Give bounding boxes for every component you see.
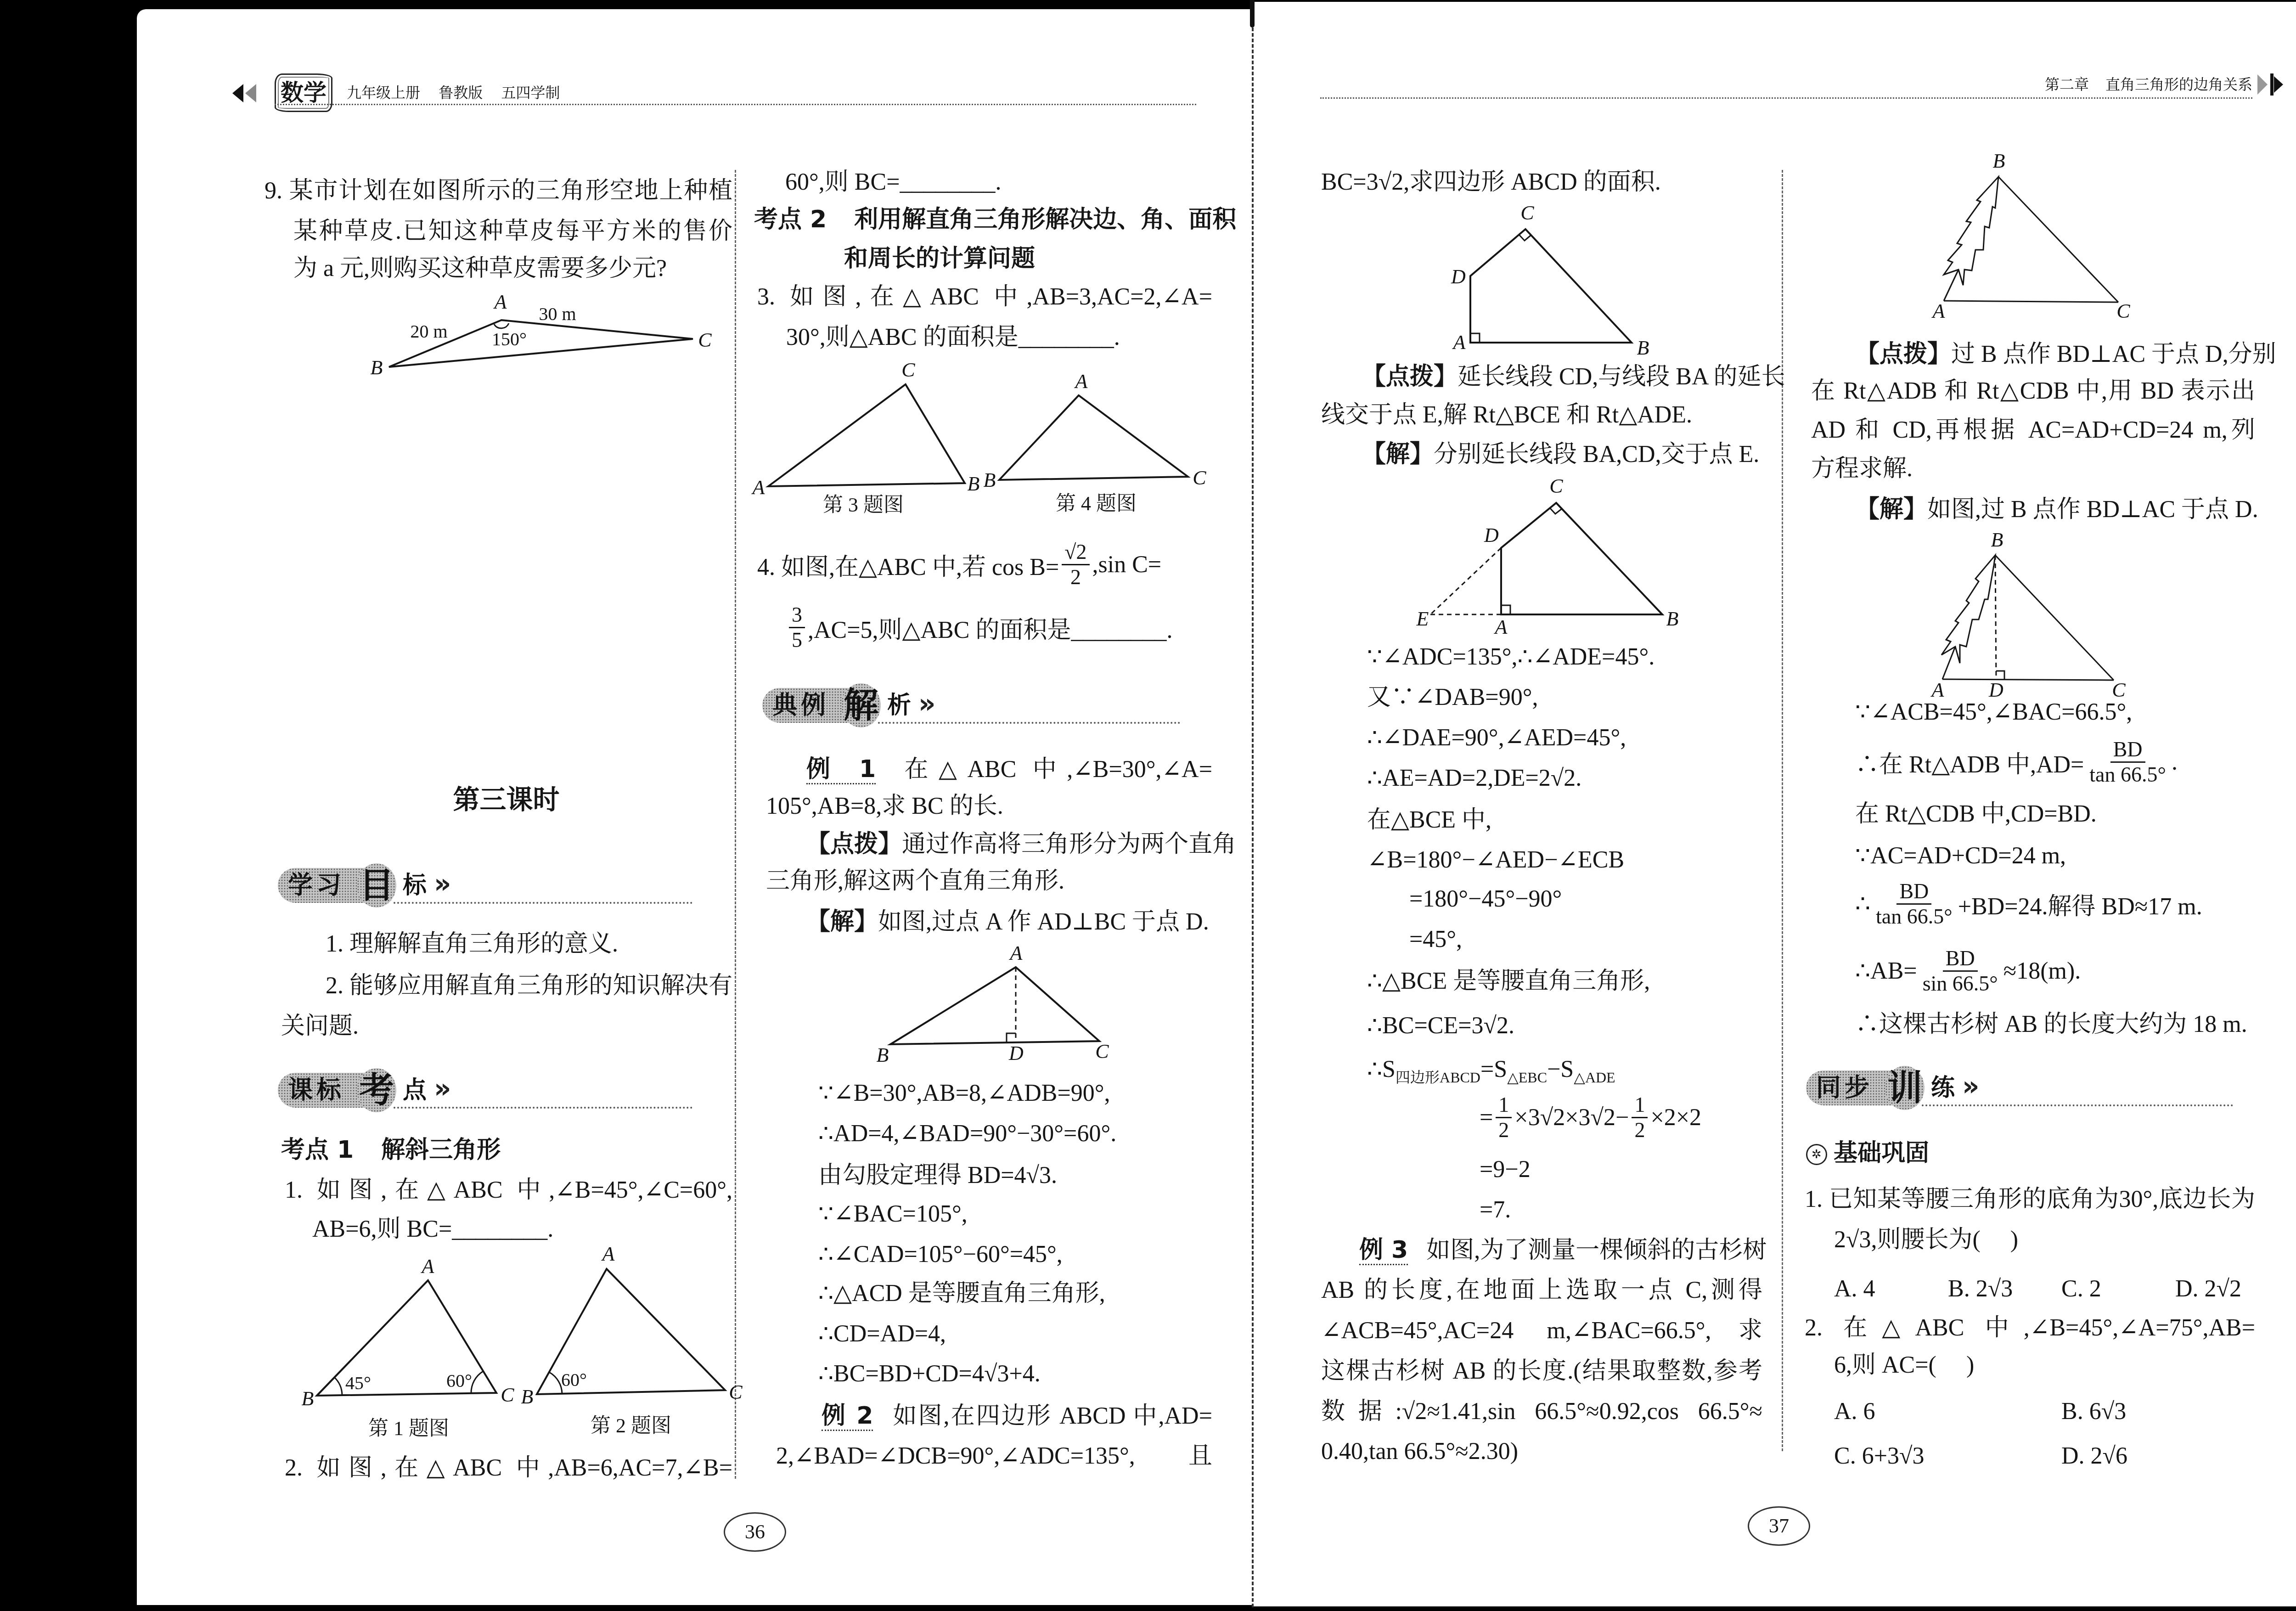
section-emblem: 解 <box>841 683 881 727</box>
system-label: 五四学制 <box>501 84 560 101</box>
text: 通过作高将三角形分为两个直角 <box>902 831 1236 857</box>
solution-label: 【解】 <box>1856 496 1927 523</box>
example-2-hint-line-2: 线交于点 E,解 Rt△BCE 和 Rt△ADE. <box>1321 401 1692 429</box>
section-header-practice: 同步 训 练 » <box>1806 1068 2233 1109</box>
denominator: 2 <box>1068 565 1084 589</box>
example-2-step: ∴△BCE 是等腰直角三角形, <box>1367 968 1650 995</box>
example-1-step: ∴BC=BD+CD=4√3+4. <box>818 1360 1041 1388</box>
double-left-arrow-icon <box>230 80 262 106</box>
text: ,sin C= <box>1092 551 1162 578</box>
section-label-left: 典例 <box>772 691 829 720</box>
text: 如图,过点 A 作 AD⊥BC 于点 D. <box>878 909 1209 935</box>
example-3-hint-line: AD 和 CD,再根据 AC=AD+CD=24 m,列 <box>1811 417 2255 444</box>
example-label: 例 1 <box>806 755 876 784</box>
circle-star-icon: ✲ <box>1806 1144 1827 1165</box>
example-2-line-3: BC=3√2,求四边形 ABCD 的面积. <box>1321 169 1661 196</box>
book-gutter <box>1252 0 1254 1607</box>
example-2-step: ∵∠ADC=135°,∴∠ADE=45°. <box>1367 643 1654 671</box>
example-1-step: ∴∠CAD=105°−60°=45°, <box>818 1241 1063 1268</box>
text: −S <box>1547 1056 1574 1082</box>
text: =S <box>1480 1056 1507 1082</box>
figure-2-caption: 第 2 题图 <box>571 1414 691 1438</box>
text: 4. 如图,在△ABC 中,若 cos B= <box>757 547 1059 582</box>
fraction: 12 <box>1632 1093 1648 1142</box>
text: ×3√2×3√2− <box>1514 1104 1629 1131</box>
subscript: △EBC <box>1507 1069 1547 1086</box>
example-1-hint-line-2: 三角形,解这两个直角三角形. <box>766 867 1064 895</box>
practice-question-1-line-2: 2√3,则腰长为( ) <box>1834 1226 2018 1254</box>
chapter-heading: 第二章直角三角形的边角关系 <box>2020 74 2252 95</box>
text: 如图,为了测量一棵倾斜的古杉树 <box>1426 1237 1767 1263</box>
page-number-left: 36 <box>724 1512 786 1552</box>
text: = <box>1480 1104 1493 1131</box>
example-3-line: AB 的长度,在地面上选取一点 C,测得 <box>1321 1277 1762 1304</box>
text: . <box>2172 749 2178 776</box>
example-2-area-formula: ∴S四边形ABCD=S△EBC−S△ADE <box>1367 1056 1615 1083</box>
example-2-line-2: 2,∠BAD=∠DCB=90°,∠ADC=135°,且 <box>776 1442 1212 1470</box>
example-2-step: =45°, <box>1409 926 1462 953</box>
figure-1-caption: 第 1 题图 <box>349 1416 468 1441</box>
example-3-step: ∴AB= BDsin 66.5° ≈18(m). <box>1855 943 2081 998</box>
goal-item-2-cont: 关问题. <box>281 1013 359 1040</box>
option-a: A. 4 <box>1834 1275 1875 1303</box>
numerator: BD <box>1943 946 1978 972</box>
text: 过 B 点作 BD⊥AC 于点 D,分别 <box>1951 341 2276 367</box>
subscript: △ADE <box>1574 1069 1615 1086</box>
basic-consolidation-heading: ✲基础巩固 <box>1806 1139 1929 1167</box>
text: ×2×2 <box>1650 1104 1701 1131</box>
kaodian-title: 解斜三角形 <box>381 1136 501 1164</box>
text: 如图,过 B 点作 BD⊥AC 于点 D. <box>1927 496 2258 523</box>
text: ∴在 Rt△ADB 中,AD= <box>1855 745 2084 779</box>
header-rule-right <box>1320 97 2252 99</box>
text: 如图,在四边形 ABCD 中,AD= <box>891 1403 1212 1429</box>
section-label-left: 同步 <box>1816 1073 1873 1103</box>
example-1-step: ∵∠B=30°,AB=8,∠ADB=90°, <box>818 1080 1110 1107</box>
section-header-learning-goals: 学习 目 标 » <box>278 865 692 907</box>
option-c: C. 2 <box>2061 1275 2101 1303</box>
fraction: BDtan 66.5° <box>2087 738 2169 787</box>
example-3-line: 这棵古杉树 AB 的长度.(结果取整数,参考 <box>1321 1358 1762 1385</box>
page-number-right: 37 <box>1748 1506 1810 1546</box>
practice-question-1-line-1: 1. 已知某等腰三角形的底角为30°,底边长为 <box>1805 1186 2255 1213</box>
section-emblem: 训 <box>1885 1066 1925 1110</box>
kaodian-2-heading: 考点 2利用解直角三角形解决边、角、面积 <box>754 206 1212 233</box>
dotted-rule <box>1922 1104 2233 1106</box>
example-1-solution-intro: 【解】如图,过点 A 作 AD⊥BC 于点 D. <box>806 908 1209 935</box>
example-3-line: ∠ACB=45°,AC=24 m,∠BAC=66.5°,求 <box>1321 1317 1762 1345</box>
example-3-step: 在 Rt△CDB 中,CD=BD. <box>1855 800 2097 828</box>
example-3-hint-line: 方程求解. <box>1811 455 1913 483</box>
denominator: tan 66.5° <box>1873 905 1955 929</box>
example-2-solution-intro: 【解】分别延长线段 BA,CD,交于点 E. <box>1362 440 1759 468</box>
example-3-step: ∴在 Rt△ADB 中,AD= BDtan 66.5° . <box>1855 734 2178 789</box>
practice-question-2-line-1: 2. 在△ABC 中,∠B=45°,∠A=75°,AB= <box>1805 1314 2255 1342</box>
dotted-rule <box>394 902 692 904</box>
example-1-line-1: 例 1在△ABC 中,∠B=30°,∠A= <box>806 755 1212 783</box>
gutter-shadow <box>1250 0 1255 28</box>
example-2-area-calc: = 12 ×3√2×3√2− 12 ×2×2 <box>1480 1090 1701 1145</box>
option-d: D. 2√6 <box>2061 1442 2127 1470</box>
section-emblem: 考 <box>357 1068 396 1112</box>
example-3-line: 0.40,tan 66.5°≈2.30) <box>1321 1438 1518 1465</box>
example-2-step: ∴AE=AD=2,DE=2√2. <box>1367 765 1581 792</box>
fraction: √22 <box>1062 540 1089 589</box>
problem-1-line-1: 1. 如图,在△ABC 中,∠B=45°,∠C=60°, <box>285 1177 732 1204</box>
dotted-rule <box>394 1107 692 1109</box>
problem-4-line-2: 35 ,AC=5,则△ABC 的面积是________. <box>786 600 1172 655</box>
example-3-step: ∵∠ACB=45°,∠BAC=66.5°, <box>1855 698 2132 726</box>
example-1-step: ∴△ACD 是等腰直角三角形, <box>818 1280 1105 1307</box>
example-label: 例 2 <box>822 1402 873 1431</box>
example-1-line-2: 105°,AB=8,求 BC 的长. <box>766 793 1003 820</box>
double-chevron-right-icon: » <box>1962 1071 1979 1101</box>
section-label-right: 标 <box>403 871 427 900</box>
example-3-step: ∴ BDtan 66.5° +BD=24.解得 BD≈17 m. <box>1855 876 2202 931</box>
example-1-step: 由勾股定理得 BD=4√3. <box>818 1162 1057 1189</box>
section-header-key-points: 课标 考 点 » <box>278 1070 692 1111</box>
double-right-arrow-icon <box>2256 73 2285 96</box>
numerator: √2 <box>1062 540 1089 565</box>
text: ∴AB= <box>1855 957 1917 985</box>
problem-2-line-1: 2. 如图,在△ABC 中,AB=6,AC=7,∠B= <box>285 1454 732 1482</box>
example-1-step: ∴CD=AD=4, <box>818 1320 946 1348</box>
denominator: sin 66.5° <box>1920 972 2001 996</box>
example-2-hint-line-1: 【点拨】延长线段 CD,与线段 BA 的延长 <box>1362 363 1762 390</box>
solution-label: 【解】 <box>806 908 878 935</box>
fraction: 12 <box>1496 1093 1512 1142</box>
option-d: D. 2√2 <box>2175 1275 2241 1303</box>
denominator: 2 <box>1496 1118 1512 1142</box>
option-b: B. 2√3 <box>1948 1275 2013 1303</box>
numerator: 1 <box>1496 1093 1512 1118</box>
kaodian-2-heading-cont: 和周长的计算问题 <box>844 245 1035 272</box>
example-1-hint-line-1: 【点拨】通过作高将三角形分为两个直角 <box>806 830 1212 858</box>
numerator: BD <box>1896 879 1931 905</box>
question-9-line-2: 某种草皮.已知这种草皮每平方米的售价 <box>293 218 732 245</box>
kaodian-label: 考点 1 <box>281 1136 354 1164</box>
section-label-right: 练 <box>1931 1073 1955 1103</box>
example-3-line-1: 例 3如图,为了测量一棵倾斜的古杉树 <box>1359 1236 1762 1264</box>
practice-question-2-line-2: 6,则 AC=( ) <box>1834 1352 1974 1379</box>
example-2-step: 在△BCE 中, <box>1367 806 1491 834</box>
hint-label: 【点拨】 <box>1856 340 1951 368</box>
example-3-step: ∵AC=AD+CD=24 m, <box>1855 842 2066 870</box>
problem-3-line-1: 3. 如图,在△ABC 中,AB=3,AC=2,∠A= <box>757 283 1212 311</box>
option-c: C. 6+3√3 <box>1834 1442 1925 1470</box>
section-header-examples: 典例 解 析 » <box>762 685 1180 727</box>
problem-4-line-1: 4. 如图,在△ABC 中,若 cos B= √22 ,sin C= <box>757 537 1161 592</box>
section-emblem: 目 <box>357 863 396 907</box>
section-label-left: 课标 <box>288 1076 345 1105</box>
example-3-conclusion: ∴这棵古杉树 AB 的长度大约为 18 m. <box>1855 1011 2247 1038</box>
dotted-rule <box>878 722 1180 724</box>
hint-label: 【点拨】 <box>806 830 902 858</box>
example-3-hint-line-1: 【点拨】过 B 点作 BD⊥AC 于点 D,分别 <box>1856 340 2255 368</box>
fraction: BDtan 66.5° <box>1873 879 1955 929</box>
double-chevron-right-icon: » <box>918 689 935 718</box>
chapter-number: 第二章 <box>2045 76 2089 93</box>
fraction: BDsin 66.5° <box>1920 946 2001 996</box>
column-divider-right <box>1782 170 1783 1451</box>
problem-1-line-2: AB=6,则 BC=________. <box>312 1216 553 1243</box>
example-2-result: =7. <box>1480 1196 1511 1224</box>
example-2-step: ∴∠DAE=90°,∠AED=45°, <box>1367 724 1626 752</box>
question-9-line-1: 9. 某市计划在如图所示的三角形空地上种植 <box>264 177 732 205</box>
denominator: 2 <box>1632 1118 1648 1142</box>
subscript: 四边形ABCD <box>1396 1069 1480 1086</box>
hint-label: 【点拨】 <box>1362 363 1458 390</box>
example-2-step: =180°−45°−90° <box>1409 885 1562 913</box>
text: ,AC=5,则△ABC 的面积是________. <box>808 610 1172 645</box>
column-divider-left <box>735 170 736 1479</box>
example-1-step: ∴AD=4,∠BAD=90°−30°=60°. <box>818 1120 1116 1148</box>
section-label-left: 学习 <box>288 871 345 900</box>
kaodian-1-heading: 考点 1解斜三角形 <box>281 1136 501 1164</box>
text: ∴ <box>1855 890 1870 918</box>
question-9-line-3: 为 a 元,则购买这种草皮需要多少元? <box>293 255 667 282</box>
problem-3-line-2: 30°,则△ABC 的面积是________. <box>786 324 1120 351</box>
example-2-step: 又∵∠DAB=90°, <box>1367 684 1538 711</box>
figure-4-caption: 第 4 题图 <box>1036 491 1156 516</box>
header-rule-left <box>275 104 1196 105</box>
example-3-hint-line: 在 Rt△ADB 和 Rt△CDB 中,用 BD 表示出 <box>1811 377 2255 405</box>
example-1-step: ∵∠BAC=105°, <box>818 1200 968 1228</box>
solution-label: 【解】 <box>1362 440 1434 468</box>
text: 延长线段 CD,与线段 BA 的延长 <box>1458 364 1785 390</box>
chapter-title: 直角三角形的边角关系 <box>2105 76 2252 93</box>
subject-badge: 数学 <box>275 73 332 112</box>
text: 分别延长线段 BA,CD,交于点 E. <box>1434 441 1759 468</box>
kaodian-title: 利用解直角三角形解决边、角、面积 <box>854 206 1236 233</box>
fraction: 35 <box>789 603 805 652</box>
book-info: 九年级上册 鲁教版 五四学制 <box>347 83 560 103</box>
example-3-line: 数据:√2≈1.41,sin 66.5°≈0.92,cos 66.5°≈ <box>1321 1398 1762 1425</box>
text: ≈18(m). <box>2003 958 2081 985</box>
example-2-result: =9−2 <box>1480 1156 1531 1183</box>
text: ∴S <box>1367 1056 1396 1082</box>
goal-item-1: 1. 理解解直角三角形的意义. <box>326 930 618 958</box>
example-2-line-1: 例 2如图,在四边形 ABCD 中,AD= <box>822 1402 1212 1430</box>
numerator: BD <box>2110 738 2145 763</box>
example-label: 例 3 <box>1359 1236 1408 1265</box>
text: +BD=24.解得 BD≈17 m. <box>1958 887 2202 921</box>
lesson-title: 第三课时 <box>280 783 732 816</box>
option-a: A. 6 <box>1834 1398 1875 1425</box>
double-chevron-right-icon: » <box>434 1074 451 1103</box>
option-b: B. 6√3 <box>2061 1398 2126 1425</box>
example-2-step: ∠B=180°−∠AED−∠ECB <box>1367 846 1624 874</box>
grade-label: 九年级上册 <box>347 84 420 101</box>
section-label-right: 析 <box>887 691 911 720</box>
double-chevron-right-icon: » <box>434 869 451 898</box>
problem-2-line-2: 60°,则 BC=________. <box>785 169 1002 196</box>
denominator: tan 66.5° <box>2087 763 2169 787</box>
figure-3-caption: 第 3 题图 <box>804 493 923 518</box>
edition-label: 鲁教版 <box>439 84 483 101</box>
denominator: 5 <box>789 628 805 652</box>
numerator: 3 <box>789 603 805 628</box>
section-label-right: 点 <box>403 1076 427 1105</box>
heading-text: 基础巩固 <box>1834 1139 1929 1167</box>
kaodian-label: 考点 2 <box>754 206 827 233</box>
example-3-solution-intro: 【解】如图,过 B 点作 BD⊥AC 于点 D. <box>1856 496 2258 523</box>
numerator: 1 <box>1632 1093 1648 1118</box>
text: 在△ABC 中,∠B=30°,∠A= <box>894 756 1212 783</box>
example-2-step: ∴BC=CE=3√2. <box>1367 1012 1514 1040</box>
goal-item-2: 2. 能够应用解直角三角形的知识解决有 <box>326 972 732 1000</box>
